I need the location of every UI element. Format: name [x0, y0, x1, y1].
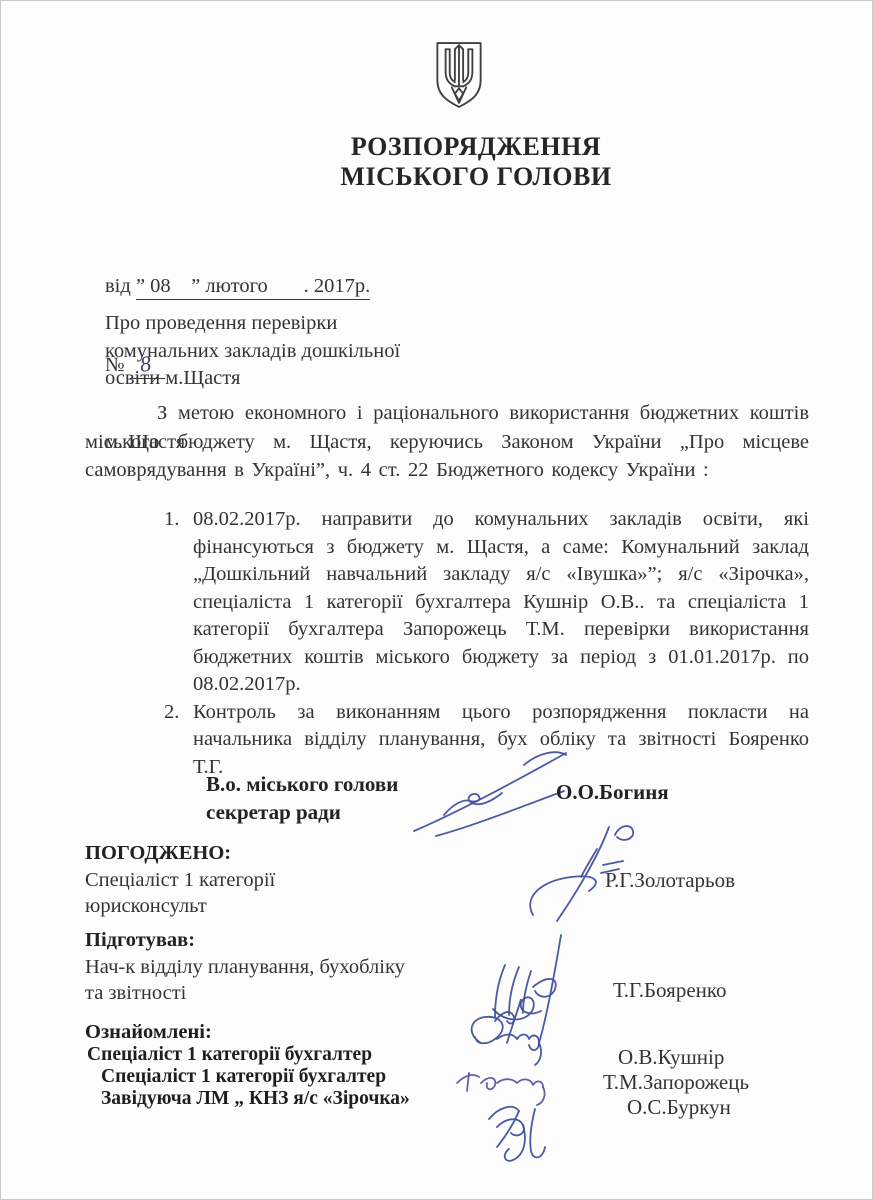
- subject-line: освіти м.Щастя: [105, 365, 400, 393]
- scanned-document-page: РОЗПОРЯДЖЕННЯ МІСЬКОГО ГОЛОВИ від ” 08 ”…: [0, 0, 873, 1200]
- prepared-role: Нач-к відділу планування, бухобліку та з…: [85, 954, 405, 1006]
- subject-line: Про проведення перевірки: [105, 310, 400, 338]
- prepared-role-line: та звітності: [85, 980, 405, 1006]
- intro-paragraph: З метою економного і раціонального викор…: [85, 399, 809, 485]
- item-text: 08.02.2017р. направити до комунальних за…: [193, 506, 809, 699]
- prepared-role-line: Нач-к відділу планування, бухобліку: [85, 954, 405, 980]
- date-line: від ” 08 ” лютого . 2017р.: [105, 273, 370, 299]
- document-title: РОЗПОРЯДЖЕННЯ МІСЬКОГО ГОЛОВИ: [76, 132, 873, 192]
- item-number: 2.: [164, 699, 193, 782]
- acknowledged-name: О.С.Буркун: [627, 1095, 731, 1120]
- agreed-heading: ПОГОДЖЕНО:: [85, 842, 231, 865]
- order-items: 1. 08.02.2017р. направити до комунальних…: [164, 506, 809, 781]
- signer-role: В.о. міського голови секретар ради: [206, 770, 398, 826]
- order-item: 1. 08.02.2017р. направити до комунальних…: [164, 506, 809, 699]
- acknowledged-heading: Ознайомлені:: [85, 1021, 212, 1044]
- signer-role-line: секретар ради: [206, 798, 398, 826]
- item-number: 1.: [164, 506, 193, 699]
- document-title-line2: МІСЬКОГО ГОЛОВИ: [76, 162, 873, 192]
- signer-role-line: В.о. міського голови: [206, 770, 398, 798]
- date-value: ” 08 ” лютого . 2017р.: [136, 273, 370, 300]
- acknowledged-name: О.В.Кушнір: [618, 1045, 724, 1070]
- acknowledged-role: Завідуюча ЛМ „ КНЗ я/с «Зірочка»: [101, 1088, 410, 1110]
- date-label: від: [105, 275, 131, 297]
- document-subject: Про проведення перевірки комунальних зак…: [105, 310, 400, 393]
- agreed-name: Р.Г.Золотарьов: [605, 868, 735, 893]
- signer-name: О.О.Богиня: [556, 780, 669, 805]
- prepared-heading: Підготував:: [85, 929, 195, 952]
- acknowledged-role: Спеціаліст 1 категорії бухгалтер: [101, 1066, 386, 1088]
- agreed-role: Спеціаліст 1 категорії юрисконсульт: [85, 867, 275, 919]
- agreed-role-line: юрисконсульт: [85, 893, 275, 919]
- agreed-role-line: Спеціаліст 1 категорії: [85, 867, 275, 893]
- document-title-line1: РОЗПОРЯДЖЕННЯ: [76, 132, 873, 162]
- coat-of-arms-icon: [434, 41, 484, 109]
- signature-cluster: [451, 999, 591, 1169]
- acknowledged-name: Т.М.Запорожець: [603, 1070, 749, 1095]
- prepared-name: Т.Г.Бояренко: [613, 978, 727, 1003]
- subject-line: комунальних закладів дошкільної: [105, 338, 400, 366]
- acknowledged-role: Спеціаліст 1 категорії бухгалтер: [87, 1044, 372, 1066]
